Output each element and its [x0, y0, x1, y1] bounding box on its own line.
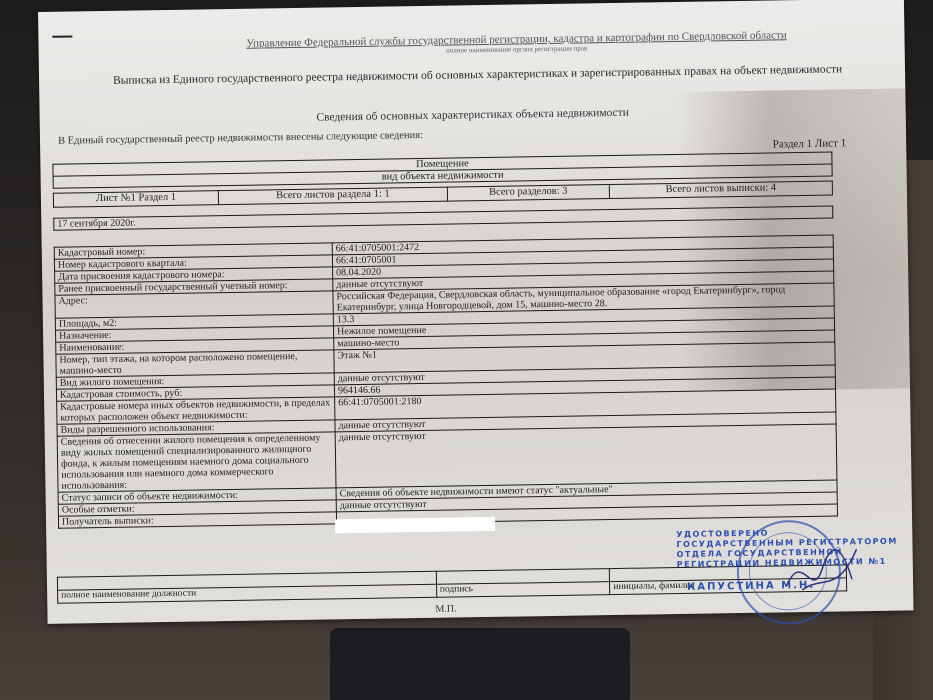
total-sheets: Всего листов выписки: 4: [609, 181, 832, 199]
date-table: 17 сентября 2020г.: [53, 206, 833, 231]
row-label: Сведения об отнесении жилого помещения к…: [57, 432, 336, 492]
intro-text: В Единый государственный реестр недвижим…: [58, 130, 423, 147]
row-value: данные отсутствуют: [335, 424, 837, 488]
extract-date: 17 сентября 2020г.: [54, 206, 833, 230]
page-mark: [52, 35, 72, 37]
sheets-in-section: Всего листов раздела 1: 1: [218, 187, 447, 205]
redacted-recipient: [335, 517, 495, 534]
seal-mark: М.П.: [435, 604, 456, 615]
signature-icon: [781, 539, 862, 600]
sheet-reference: Раздел 1 Лист 1: [773, 137, 847, 150]
total-sections: Всего разделов: 3: [447, 185, 609, 202]
background-hand: [330, 628, 630, 700]
extract-document: Управление Федеральной службы государств…: [38, 0, 914, 624]
document-title: Выписка из Единого государственного реес…: [113, 63, 842, 86]
characteristics-table: Кадастровый номер:66:41:0705001:2472Номе…: [54, 235, 838, 529]
sheet-number: Лист №1 Раздел 1: [53, 191, 218, 208]
section-title: Сведения об основных характеристиках объ…: [40, 102, 906, 128]
signature-caption: подпись: [436, 582, 610, 598]
